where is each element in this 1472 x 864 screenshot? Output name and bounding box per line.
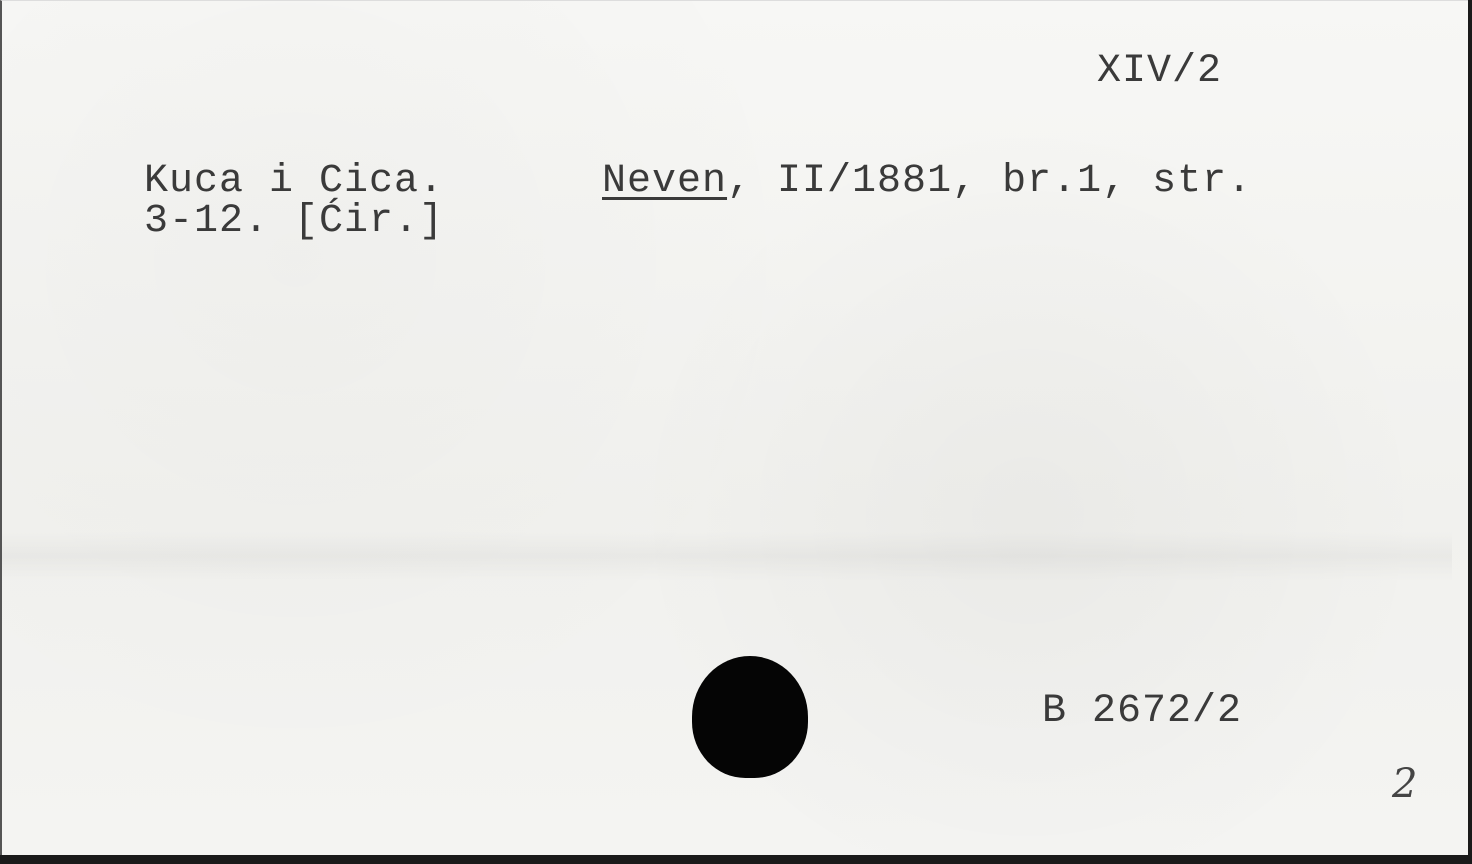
- card-crease: [2, 531, 1452, 581]
- shelf-mark: B 2672/2: [1042, 689, 1242, 734]
- issue-info: , II/1881, br.1, str.: [727, 159, 1252, 204]
- catalog-card: XIV/2 Kuca i Cica. 3-12. [Ćir.] Neven, I…: [0, 0, 1468, 855]
- title: Kuca i Cica.: [144, 159, 444, 204]
- source-citation: Neven, II/1881, br.1, str.: [602, 159, 1252, 204]
- pages-script-note: 3-12. [Ćir.]: [144, 199, 444, 244]
- punch-hole: [692, 656, 808, 778]
- call-number: XIV/2: [1097, 49, 1222, 94]
- handwritten-note: 2: [1392, 761, 1417, 807]
- journal-name: Neven: [602, 159, 727, 204]
